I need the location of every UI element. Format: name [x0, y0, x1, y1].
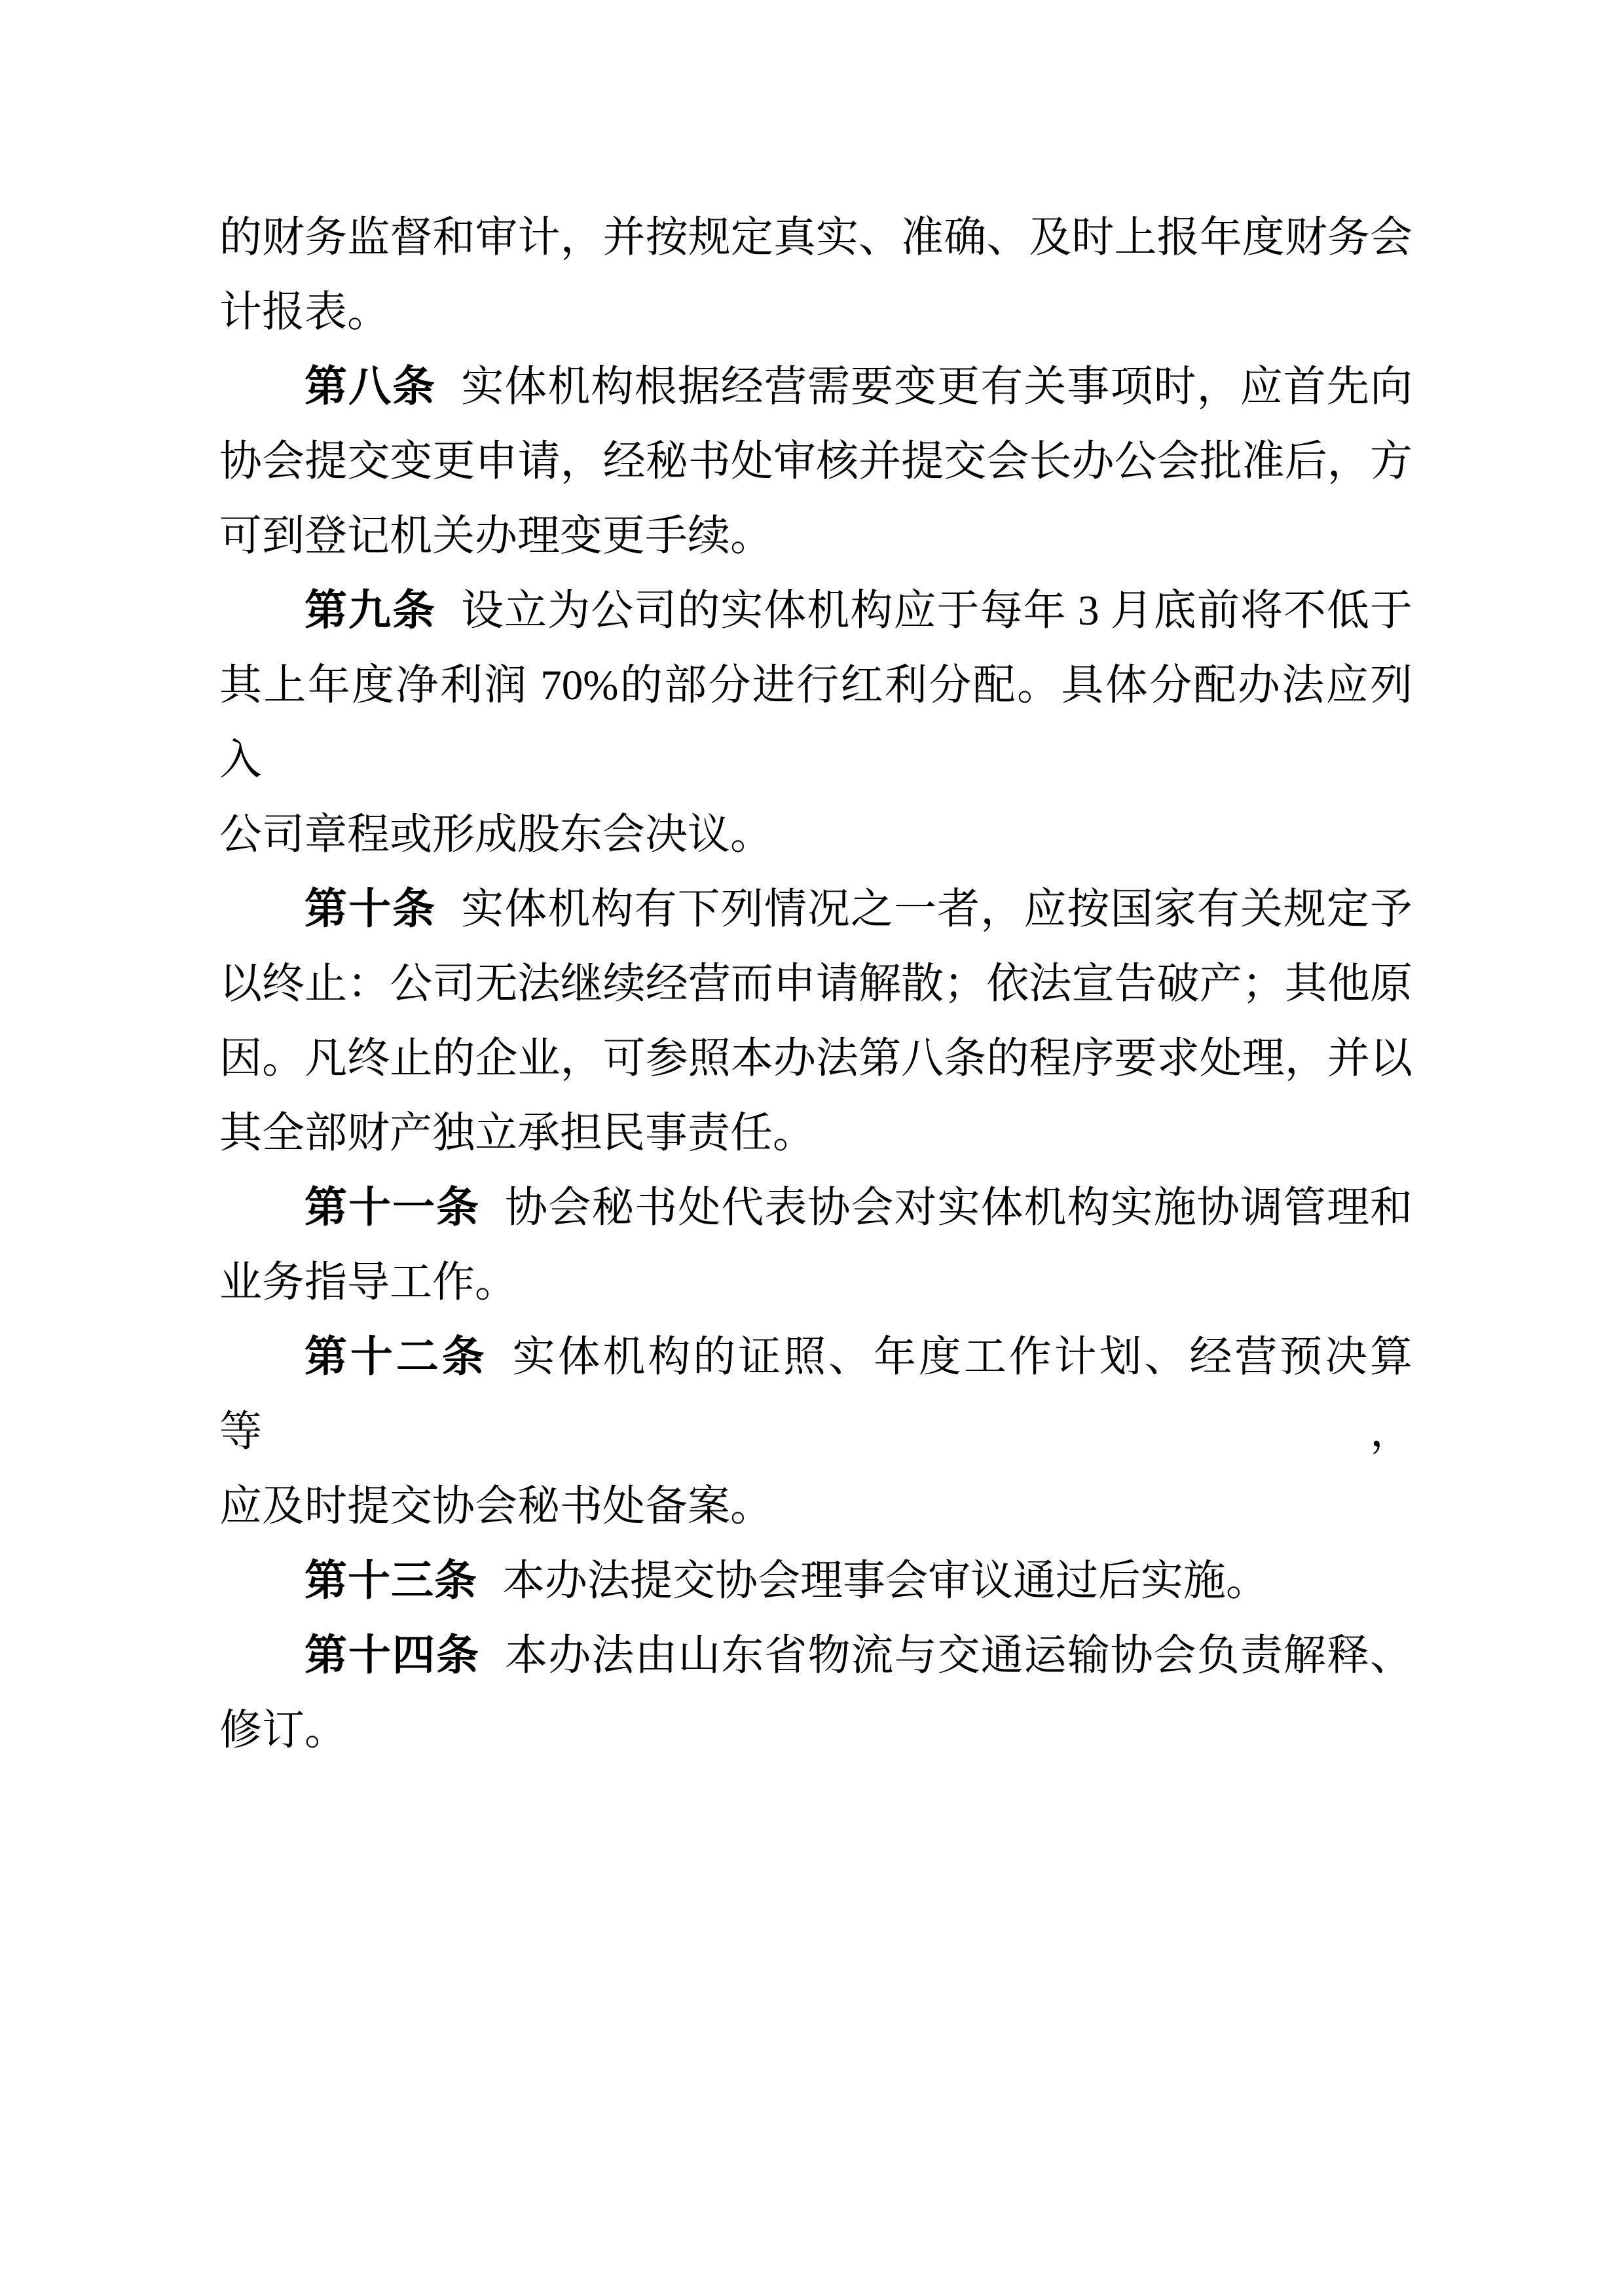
text-line: 第八条实体机构根据经营需要变更有关事项时，应首先向 [219, 350, 1412, 424]
text-line: 因。凡终止的企业，可参照本办法第八条的程序要求处理，并以 [219, 1021, 1412, 1096]
paragraph-article-12: 第十二条实体机构的证照、年度工作计划、经营预决算等， 应及时提交协会秘书处备案。 [219, 1320, 1412, 1544]
article-number: 第九条 [304, 587, 436, 634]
text-line: 第十一条协会秘书处代表协会对实体机构实施协调管理和 [219, 1171, 1412, 1245]
text-line: 以终止：公司无法继续经营而申请解散；依法宣告破产；其他原 [219, 947, 1412, 1021]
text-line: 第十三条本办法提交协会理事会审议通过后实施。 [219, 1544, 1412, 1618]
paragraph-article-14: 第十四条本办法由山东省物流与交通运输协会负责解释、 修订。 [219, 1618, 1412, 1768]
paragraph-article-8: 第八条实体机构根据经营需要变更有关事项时，应首先向 协会提交变更申请，经秘书处审… [219, 350, 1412, 574]
text-line: 应及时提交协会秘书处备案。 [219, 1469, 1412, 1544]
article-text: 实体机构根据经营需要变更有关事项时，应首先向 [461, 363, 1412, 410]
paragraph-continuation: 的财务监督和审计，并按规定真实、准确、及时上报年度财务会 计报表。 [219, 200, 1412, 350]
text-line: 其上年度净利润 70%的部分进行红利分配。具体分配办法应列入 [219, 648, 1412, 797]
document-page: 的财务监督和审计，并按规定真实、准确、及时上报年度财务会 计报表。 第八条实体机… [0, 0, 1624, 2296]
text-line: 第十条实体机构有下列情况之一者，应按国家有关规定予 [219, 872, 1412, 947]
article-text: 协会秘书处代表协会对实体机构实施协调管理和 [505, 1184, 1412, 1231]
text-line: 可到登记机关办理变更手续。 [219, 499, 1412, 574]
article-text: 实体机构有下列情况之一者，应按国家有关规定予 [461, 886, 1412, 933]
text-line: 第十四条本办法由山东省物流与交通运输协会负责解释、 [219, 1618, 1412, 1693]
text-line: 第九条设立为公司的实体机构应于每年 3 月底前将不低于 [219, 574, 1412, 648]
paragraph-article-13: 第十三条本办法提交协会理事会审议通过后实施。 [219, 1544, 1412, 1618]
article-text: 设立为公司的实体机构应于每年 3 月底前将不低于 [461, 587, 1412, 634]
text-line: 的财务监督和审计，并按规定真实、准确、及时上报年度财务会 [219, 200, 1412, 275]
paragraph-article-9: 第九条设立为公司的实体机构应于每年 3 月底前将不低于 其上年度净利润 70%的… [219, 574, 1412, 872]
text-line: 公司章程或形成股东会决议。 [219, 797, 1412, 872]
article-number: 第十一条 [304, 1184, 480, 1231]
article-number: 第十条 [304, 886, 436, 933]
article-text: 本办法由山东省物流与交通运输协会负责解释、 [505, 1632, 1412, 1679]
article-number: 第八条 [304, 363, 436, 410]
paragraph-article-11: 第十一条协会秘书处代表协会对实体机构实施协调管理和 业务指导工作。 [219, 1171, 1412, 1320]
text-line: 业务指导工作。 [219, 1245, 1412, 1320]
article-number: 第十四条 [304, 1632, 480, 1679]
text-line: 修订。 [219, 1693, 1412, 1768]
paragraph-article-10: 第十条实体机构有下列情况之一者，应按国家有关规定予 以终止：公司无法继续经营而申… [219, 872, 1412, 1171]
text-line: 计报表。 [219, 275, 1412, 350]
article-text: 本办法提交协会理事会审议通过后实施。 [502, 1558, 1268, 1605]
text-line: 第十二条实体机构的证照、年度工作计划、经营预决算等， [219, 1320, 1412, 1469]
article-number: 第十三条 [304, 1558, 477, 1605]
text-line: 协会提交变更申请，经秘书处审核并提交会长办公会批准后，方 [219, 424, 1412, 499]
text-line: 其全部财产独立承担民事责任。 [219, 1096, 1412, 1171]
article-number: 第十二条 [304, 1334, 488, 1381]
